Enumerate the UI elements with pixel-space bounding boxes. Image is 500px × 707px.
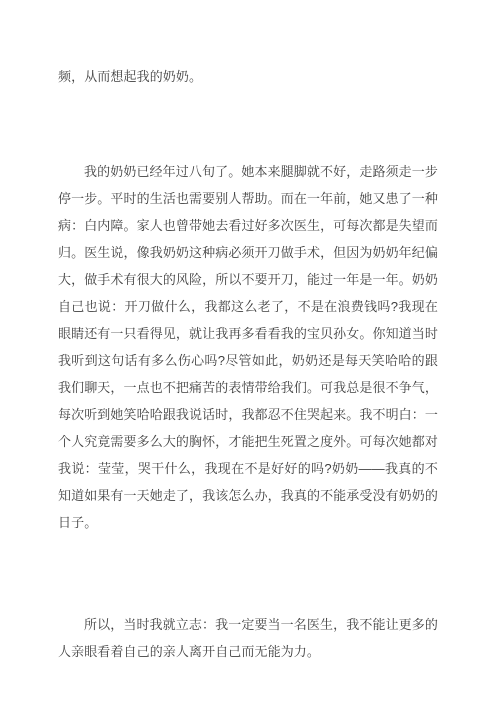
- paragraph-conclusion: 所以，当时我就立志：我一定要当一名医生，我不能让更多的人亲眼看着自己的亲人离开自…: [58, 611, 438, 665]
- paragraph-continuation: 频，从而想起我的奶奶。: [58, 63, 438, 90]
- paragraph-body: 我的奶奶已经年过八旬了。她本来腿脚就不好，走路须走一步停一步。平时的生活也需要别…: [58, 158, 438, 536]
- document-page: 频，从而想起我的奶奶。 我的奶奶已经年过八旬了。她本来腿脚就不好，走路须走一步停…: [0, 0, 500, 707]
